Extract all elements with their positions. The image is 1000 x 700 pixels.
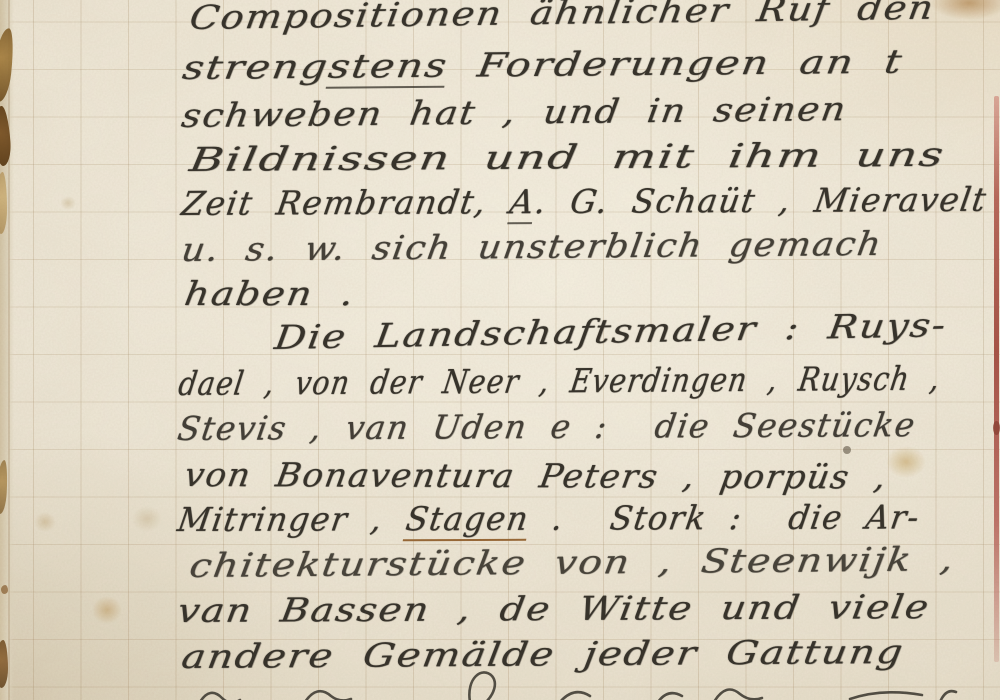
handwriting-block: Compositionen ähnlicher Ruf denstrengste…	[0, 0, 1000, 700]
handwriting-segment: u. s. w. sich unsterblich gemach	[179, 224, 885, 269]
handwriting-line: haben .	[182, 274, 358, 313]
handwriting-line: andere Gemälde jeder Gattung	[179, 632, 907, 676]
handwriting-segment: dael , von der Neer , Everdingen , Ruysc…	[176, 359, 944, 403]
handwriting-line: Bildnissen und mit ihm uns	[187, 135, 948, 179]
manuscript-page: Compositionen ähnlicher Ruf denstrengste…	[0, 0, 1000, 700]
handwriting-segment: van Bassen , de Witte und viele	[175, 587, 933, 630]
handwriting-line: Die Landschaftsmaler : Ruys-	[272, 305, 949, 357]
handwriting-line: dael , von der Neer , Everdingen , Ruysc…	[176, 359, 944, 403]
handwriting-line: von Bonaventura Peters , porpüs ,	[182, 455, 890, 496]
handwriting-segment: Die Landschaftsmaler : Ruys-	[272, 305, 949, 357]
handwriting-segment: Stevis , van Uden e : die Seestücke	[175, 405, 919, 448]
handwriting-line: schweben hat , und in seinen	[179, 89, 850, 135]
handwriting-line: chitekturstücke von , Steenwijk ,	[187, 539, 958, 585]
handwriting-line: u. s. w. sich unsterblich gemach	[179, 224, 885, 269]
handwriting-segment: Forderungen an t	[445, 42, 906, 85]
handwriting-line: Mitringer , Stagen . Stork : die Ar-	[175, 497, 923, 539]
handwriting-segment: Zeit Rembrandt,	[179, 182, 513, 223]
handwriting-segment: stens	[326, 46, 451, 89]
handwriting-segment: Stagen	[403, 499, 532, 541]
handwriting-line: Stevis , van Uden e : die Seestücke	[175, 405, 919, 448]
handwriting-segment: von Bonaventura Peters , porpüs ,	[182, 455, 890, 496]
handwriting-segment: Bildnissen und mit ihm uns	[187, 135, 948, 179]
handwriting-line: Compositionen ähnlicher Ruf den	[187, 0, 937, 37]
handwriting-segment: Mitringer ,	[175, 499, 409, 539]
handwriting-line: strengstens Forderungen an t	[180, 42, 906, 87]
handwriting-segment: haben .	[182, 274, 358, 313]
handwriting-segment: andere Gemälde jeder Gattung	[179, 632, 907, 676]
handwriting-segment: streng	[180, 47, 332, 87]
handwriting-segment: . G. Schaüt , Mieravelt	[532, 180, 990, 221]
handwriting-segment: chitekturstücke von , Steenwijk ,	[187, 539, 958, 585]
handwriting-line: van Bassen , de Witte und viele	[175, 587, 933, 630]
handwriting-line: Zeit Rembrandt, A. G. Schaüt , Mieravelt	[179, 180, 990, 223]
handwriting-segment: schweben hat , und in seinen	[179, 89, 850, 135]
handwriting-segment: Compositionen ähnlicher Ruf den	[187, 0, 937, 37]
handwriting-segment: . Stork : die Ar-	[526, 497, 923, 537]
